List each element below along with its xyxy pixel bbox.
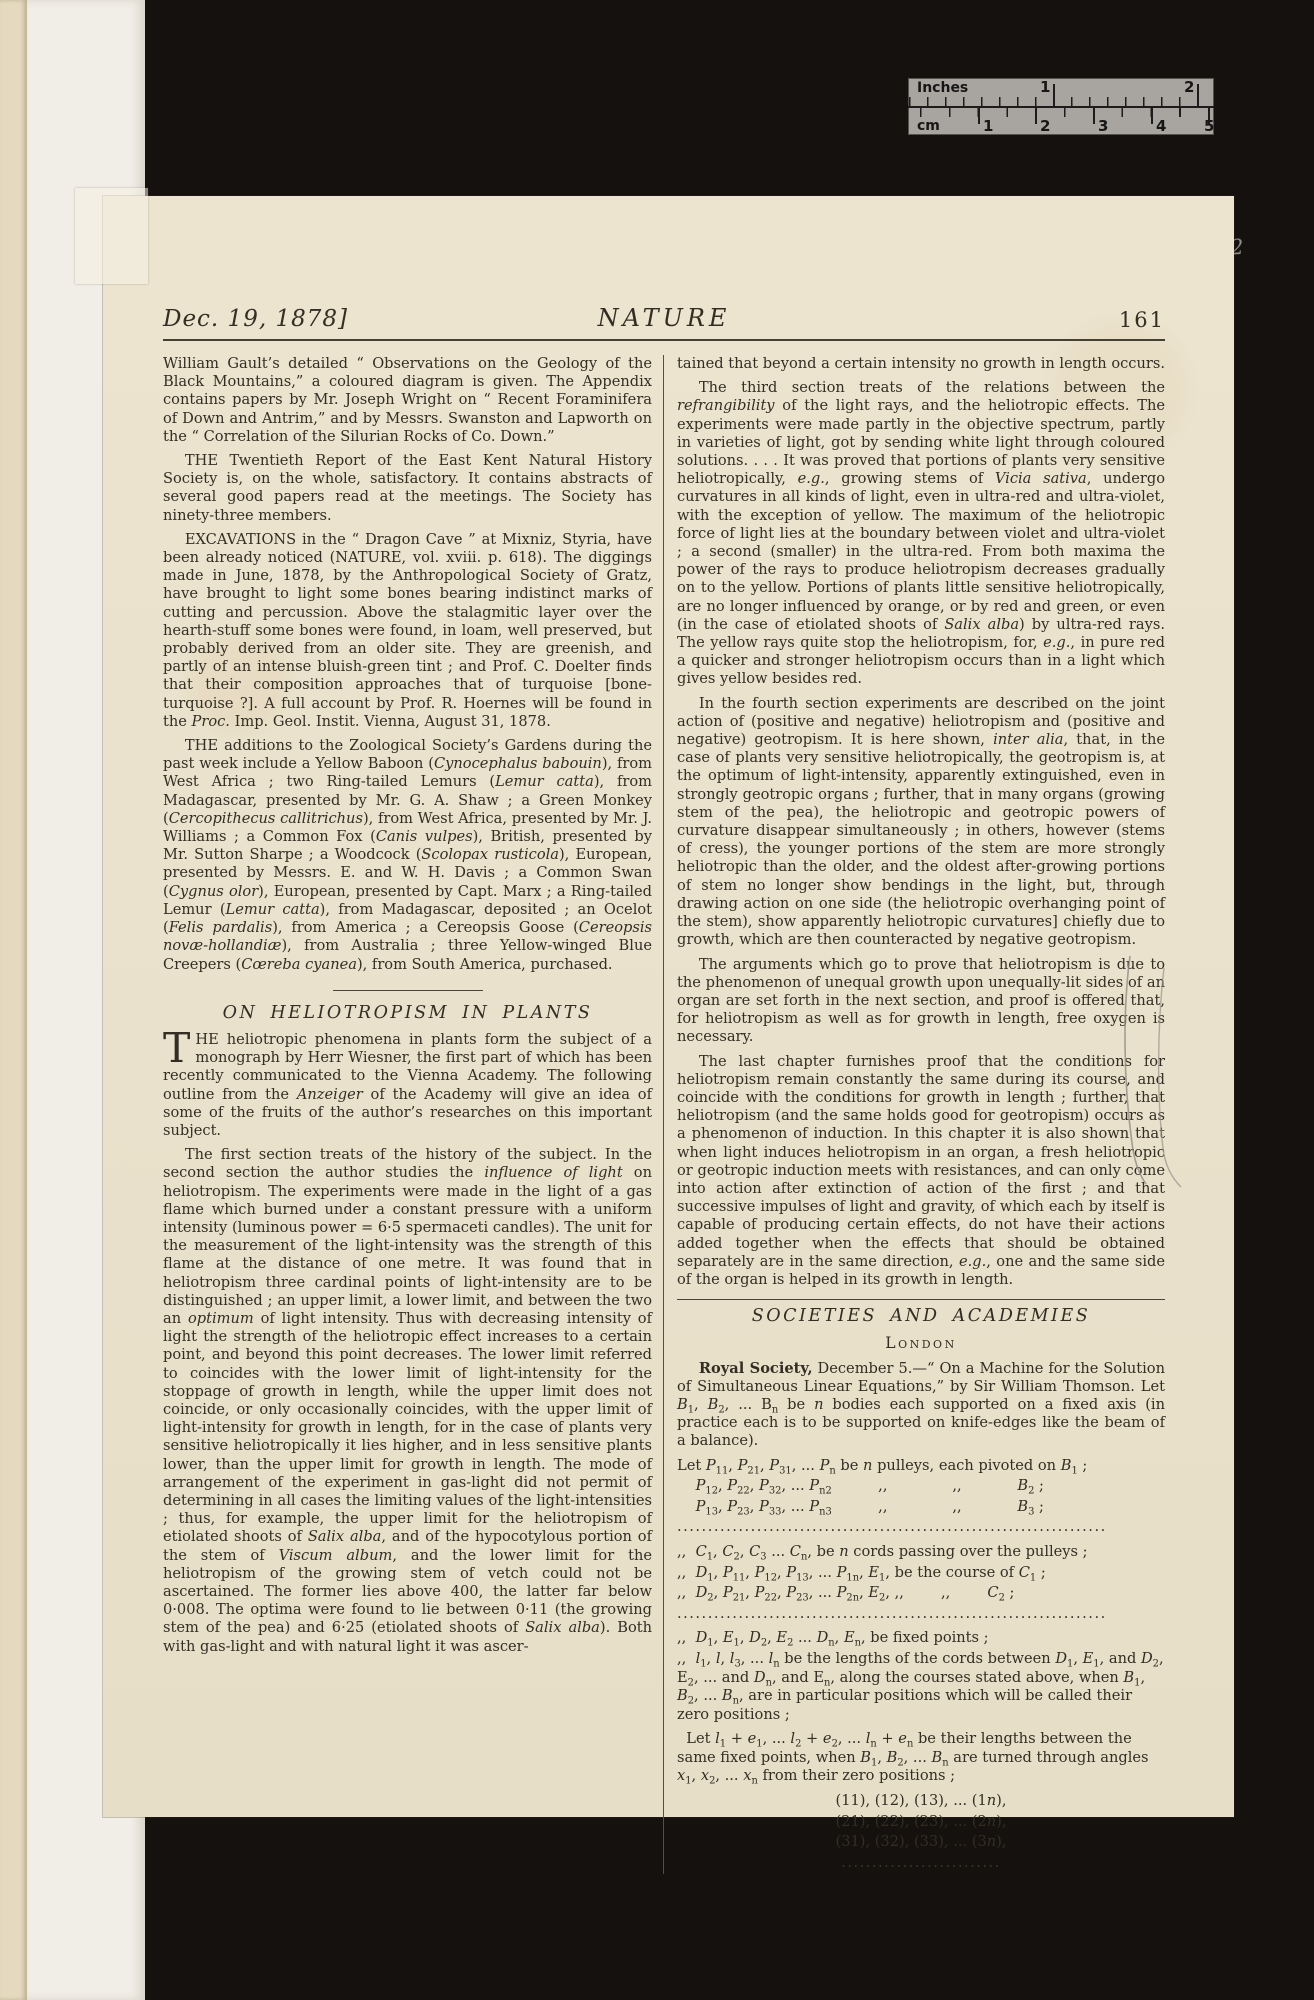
measurement-ruler: Inches 1 2 cm 1 2 3 4 5 <box>908 78 1214 135</box>
scan-background: Inches 1 2 cm 1 2 3 4 5 DAR 209.6:182 De… <box>0 0 1314 2000</box>
ruler-inches-label: Inches <box>917 80 968 96</box>
section-divider-rule <box>333 990 483 991</box>
article-title: ON HELIOTROPISM IN PLANTS <box>163 1004 652 1022</box>
paragraph-fourth-section: In the fourth section experiments are de… <box>677 695 1165 950</box>
album-page-edge <box>0 0 27 2000</box>
societies-location: London <box>677 1334 1165 1352</box>
ruler-inch-number: 2 <box>1184 78 1194 96</box>
equation-dotted-line: ........................................… <box>677 1518 1165 1537</box>
ruler-cm-number: 1 <box>983 117 993 135</box>
paragraph-east-kent: THE Twentieth Report of the East Kent Na… <box>163 452 652 525</box>
ruler-tick-marks <box>1093 108 1095 124</box>
header-journal-title: NATURE <box>163 304 1165 332</box>
right-column: tained that beyond a certain intensity n… <box>663 355 1165 1874</box>
ruler-tick-marks <box>920 108 1214 117</box>
equation-line: ,, C1, C2, C3 ... Cn, be n cords passing… <box>677 1543 1165 1562</box>
paragraph-continuation: tained that beyond a certain intensity n… <box>677 355 1165 373</box>
equation-line: P13, P23, P33, ... Pn3 ,, ,, B3 ; <box>677 1498 1165 1517</box>
ruler-inch-number: 1 <box>1040 78 1050 96</box>
page-header: Dec. 19, 1878] NATURE 161 <box>163 288 1165 332</box>
paragraph-zoo-additions: THE additions to the Zoological Society’… <box>163 737 652 974</box>
ruler-tick-marks <box>978 108 980 124</box>
ruler-tick-marks <box>909 97 1214 106</box>
equation-line: (21), (22), (23), ... (2n), <box>677 1813 1165 1832</box>
text-columns: William Gault’s detailed “ Observations … <box>163 355 1165 1874</box>
ruler-cm-number: 2 <box>1040 117 1050 135</box>
ruler-inches-scale: Inches 1 2 <box>908 78 1214 108</box>
ruler-tick-marks <box>1035 108 1037 124</box>
paragraph-excavations: EXCAVATIONS in the “ Dragon Cave ” at Mi… <box>163 531 652 731</box>
journal-page: Dec. 19, 1878] NATURE 161 William Gault’… <box>103 196 1234 1817</box>
paragraph-gault: William Gault’s detailed “ Observations … <box>163 355 652 446</box>
ruler-cm-number: 4 <box>1156 117 1166 135</box>
equation-dotted-line: ........................................… <box>677 1605 1165 1624</box>
societies-title: SOCIETIES AND ACADEMIES <box>677 1307 1165 1325</box>
ruler-tick-marks <box>1197 84 1199 106</box>
paragraph-royal-society: Royal Society, December 5.—“ On a Machin… <box>677 1360 1165 1451</box>
paragraph-text: HE heliotropic phenomena in plants form … <box>163 1031 652 1139</box>
equation-dotted-line: .......................... <box>677 1854 1165 1873</box>
paragraph-third-section: The third section treats of the relation… <box>677 379 1165 688</box>
ruler-cm-number: 3 <box>1098 117 1108 135</box>
equation-line: ,, D1, P11, P12, P13, ... P1n, E1, be th… <box>677 1564 1165 1583</box>
section-divider-rule <box>677 1299 1165 1300</box>
paragraph-heliotropism-intro: THE heliotropic phenomena in plants form… <box>163 1031 652 1140</box>
left-column: William Gault’s detailed “ Observations … <box>163 355 663 1874</box>
equation-line: (31), (32), (33), ... (3n), <box>677 1833 1165 1852</box>
equation-line: ,, l1, l, l3, ... ln be the lengths of t… <box>677 1650 1165 1724</box>
ruler-cm-number: 5 <box>1204 117 1214 135</box>
drop-cap: T <box>163 1031 195 1064</box>
equation-line: (11), (12), (13), ... (1n), <box>677 1792 1165 1811</box>
equation-line: ,, D1, E1, D2, E2 ... Dn, En, be fixed p… <box>677 1629 1165 1648</box>
ruler-tick-marks <box>1053 84 1055 106</box>
equation-line: Let l1 + e1, ... l2 + e2, ... ln + en be… <box>677 1730 1165 1786</box>
equation-line: ,, D2, P21, P22, P23, ... P2n, E2, ,, ,,… <box>677 1584 1165 1603</box>
paragraph-first-section: The first section treats of the history … <box>163 1146 652 1656</box>
paragraph-last-chapter: The last chapter furnishes proof that th… <box>677 1053 1165 1290</box>
header-page-number: 161 <box>1119 308 1165 332</box>
ruler-cm-label: cm <box>917 118 940 134</box>
paragraph-arguments: The arguments which go to prove that hel… <box>677 956 1165 1047</box>
tape-fragment <box>75 188 148 284</box>
ruler-cm-scale: cm 1 2 3 4 5 <box>908 108 1214 136</box>
pencil-margin-marks <box>1120 948 1190 1198</box>
header-rule <box>163 339 1165 341</box>
ruler-tick-marks <box>1151 108 1153 124</box>
equation-line: Let P11, P21, P31, ... Pn be n pulleys, … <box>677 1457 1165 1476</box>
equation-line: P12, P22, P32, ... Pn2 ,, ,, B2 ; <box>677 1477 1165 1496</box>
equation-block: Let P11, P21, P31, ... Pn be n pulleys, … <box>677 1457 1165 1873</box>
